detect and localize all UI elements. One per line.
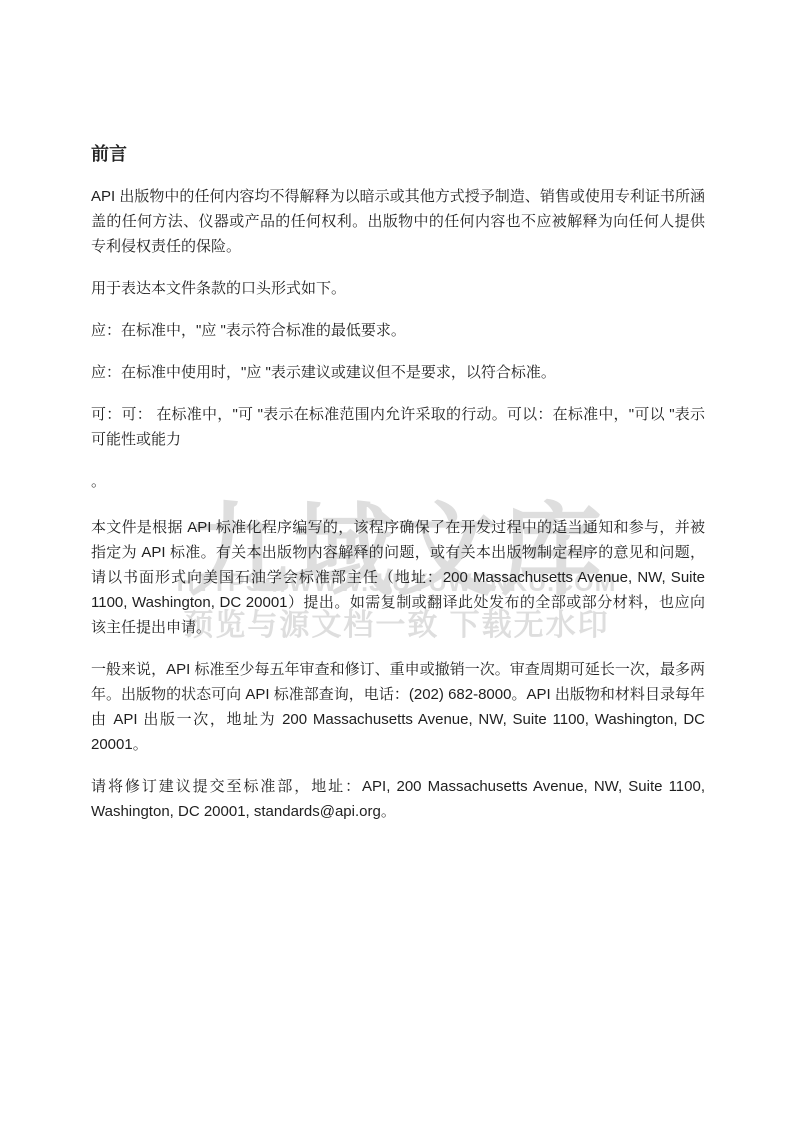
paragraph-may-definition: 可：可： 在标准中，"可 "表示在标准范围内允许采取的行动。可以：在标准中，"可… bbox=[91, 402, 705, 452]
page-title: 前言 bbox=[91, 141, 705, 167]
document-page: 九域文库 HTTPS://WWW.JIUYUWENKU.COM 预览与源文档一致… bbox=[0, 0, 793, 1122]
paragraph-revision-submission: 请将修订建议提交至标准部，地址：API, 200 Massachusetts A… bbox=[91, 774, 705, 824]
document-content: 前言 API 出版物中的任何内容均不得解释为以暗示或其他方式授予制造、销售或使用… bbox=[91, 141, 705, 841]
paragraph-verbal-forms-intro: 用于表达本文件条款的口头形式如下。 bbox=[91, 276, 705, 301]
paragraph-should-definition: 应：在标准中使用时，"应 "表示建议或建议但不是要求，以符合标准。 bbox=[91, 360, 705, 385]
paragraph-review-cycle: 一般来说，API 标准至少每五年审查和修订、重申或撤销一次。审查周期可延长一次，… bbox=[91, 657, 705, 757]
paragraph-standardization-procedure: 本文件是根据 API 标准化程序编写的，该程序确保了在开发过程中的适当通知和参与… bbox=[91, 515, 705, 640]
paragraph-lone-period: 。 bbox=[91, 469, 705, 494]
paragraph-patent-disclaimer: API 出版物中的任何内容均不得解释为以暗示或其他方式授予制造、销售或使用专利证… bbox=[91, 184, 705, 259]
paragraph-shall-definition: 应：在标准中，"应 "表示符合标准的最低要求。 bbox=[91, 318, 705, 343]
